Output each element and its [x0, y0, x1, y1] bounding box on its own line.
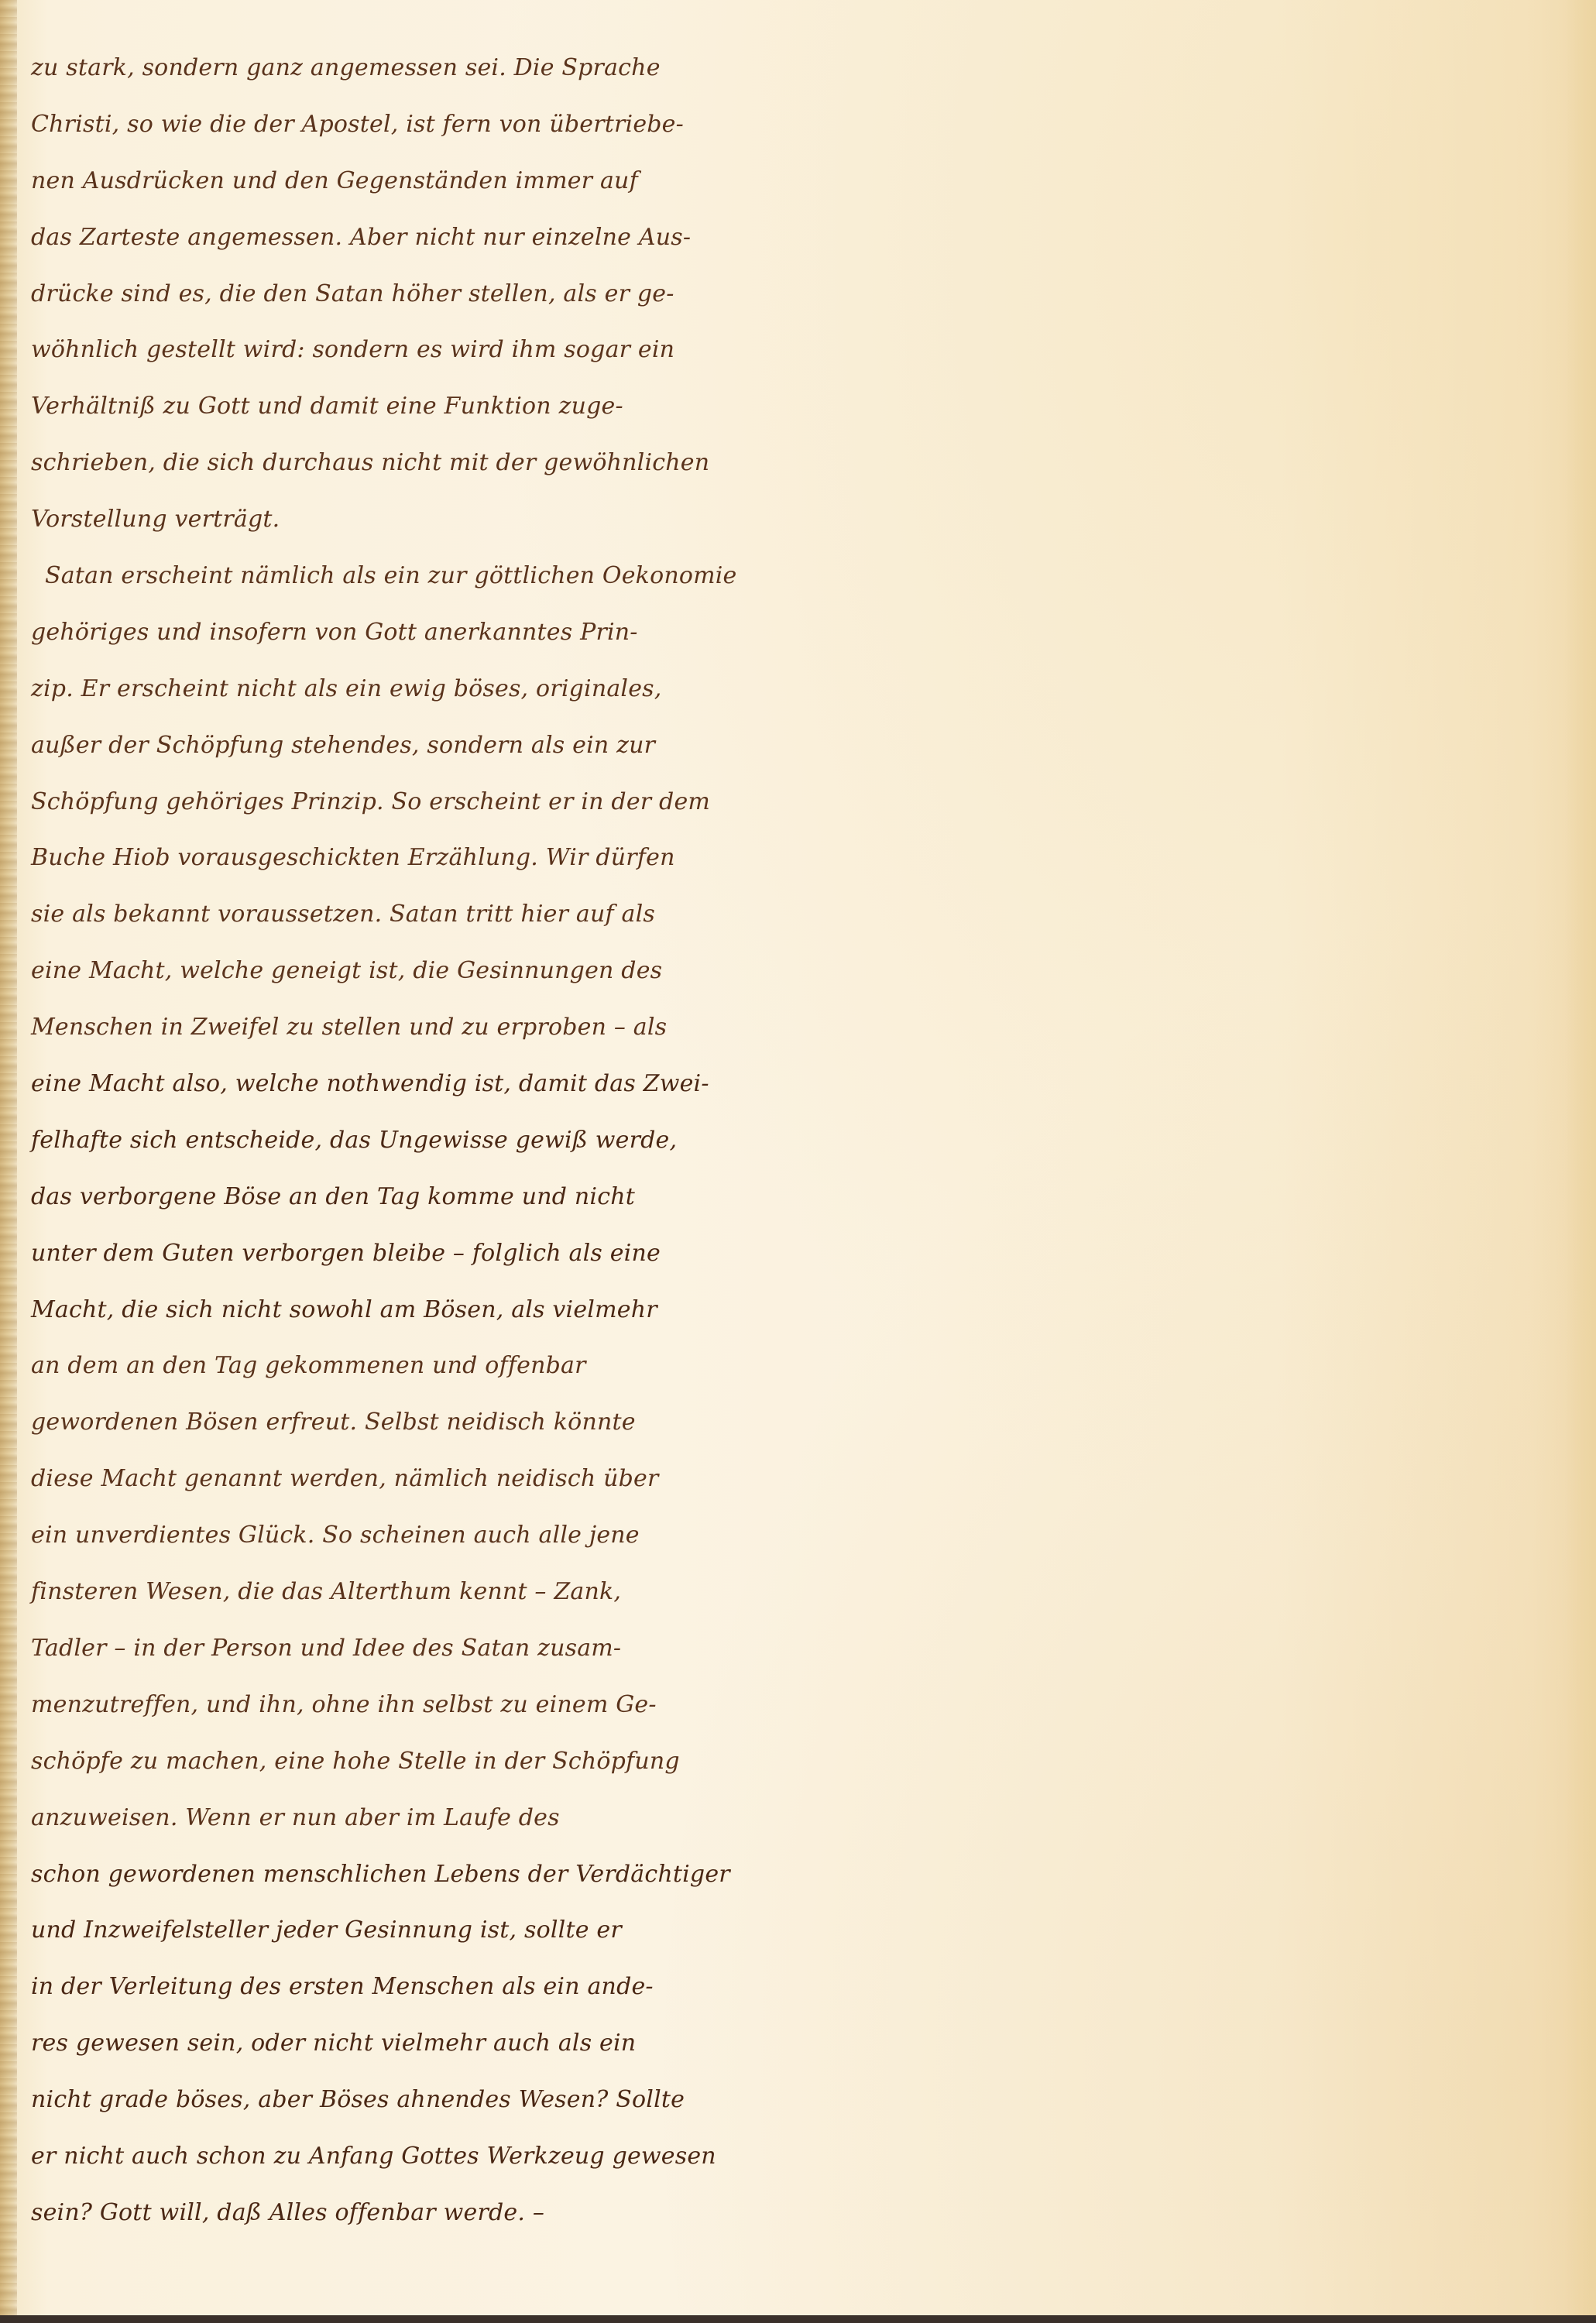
text-line: sie als bekannt voraussetzen. Satan trit… — [31, 887, 867, 943]
text-line: drücke sind es, die den Satan höher stel… — [31, 266, 867, 323]
text-line: Vorstellung verträgt. — [31, 492, 867, 548]
text-line: Verhältniß zu Gott und damit eine Funkti… — [31, 379, 867, 435]
text-line: eine Macht, welche geneigt ist, die Gesi… — [31, 943, 867, 1000]
page-stack-gutter — [0, 0, 17, 2315]
text-line: zu stark, sondern ganz angemessen sei. D… — [31, 40, 867, 97]
text-line: Tadler – in der Person und Idee des Sata… — [31, 1621, 867, 1677]
page-right-edge — [1565, 0, 1596, 2315]
text-line: wöhnlich gestellt wird: sondern es wird … — [31, 322, 867, 379]
text-line: nicht grade böses, aber Böses ahnendes W… — [31, 2072, 867, 2129]
paragraph-start-line: Satan erscheint nämlich als ein zur gött… — [31, 548, 867, 605]
text-line: er nicht auch schon zu Anfang Gottes Wer… — [31, 2129, 867, 2185]
text-line: gewordenen Bösen erfreut. Selbst neidisc… — [31, 1395, 867, 1451]
text-line: schon gewordenen menschlichen Lebens der… — [31, 1847, 867, 1903]
manuscript-page: zu stark, sondern ganz angemessen sei. D… — [0, 0, 1596, 2315]
text-line: Christi, so wie die der Apostel, ist fer… — [31, 97, 867, 153]
text-line: Menschen in Zweifel zu stellen und zu er… — [31, 1000, 867, 1056]
text-line: und Inzweifelsteller jeder Gesinnung ist… — [31, 1903, 867, 1959]
text-line: sein? Gott will, daß Alles offenbar werd… — [31, 2185, 867, 2242]
handwritten-text-block: zu stark, sondern ganz angemessen sei. D… — [31, 40, 867, 2242]
text-line: ein unverdientes Glück. So scheinen auch… — [31, 1508, 867, 1564]
text-line: nen Ausdrücken und den Gegenständen imme… — [31, 153, 867, 210]
text-line: in der Verleitung des ersten Menschen al… — [31, 1959, 867, 2016]
dark-backing-edge — [0, 2315, 1596, 2323]
text-line: unter dem Guten verborgen bleibe – folgl… — [31, 1226, 867, 1282]
text-line: anzuweisen. Wenn er nun aber im Laufe de… — [31, 1790, 867, 1847]
text-line: das verborgene Böse an den Tag komme und… — [31, 1169, 867, 1226]
text-line: eine Macht also, welche nothwendig ist, … — [31, 1056, 867, 1113]
text-line: schrieben, die sich durchaus nicht mit d… — [31, 435, 867, 492]
text-line: gehöriges und insofern von Gott anerkann… — [31, 605, 867, 661]
text-line: res gewesen sein, oder nicht vielmehr au… — [31, 2016, 867, 2072]
text-line: schöpfe zu machen, eine hohe Stelle in d… — [31, 1734, 867, 1790]
text-line: Buche Hiob vorausgeschickten Erzählung. … — [31, 830, 867, 887]
text-line: außer der Schöpfung stehendes, sondern a… — [31, 718, 867, 774]
text-line: diese Macht genannt werden, nämlich neid… — [31, 1451, 867, 1508]
text-line: an dem an den Tag gekommenen und offenba… — [31, 1338, 867, 1395]
text-line: menzutreffen, und ihn, ohne ihn selbst z… — [31, 1677, 867, 1734]
text-line: Macht, die sich nicht sowohl am Bösen, a… — [31, 1282, 867, 1339]
text-line: finsteren Wesen, die das Alterthum kennt… — [31, 1564, 867, 1621]
text-line: Schöpfung gehöriges Prinzip. So erschein… — [31, 774, 867, 831]
text-line: das Zarteste angemessen. Aber nicht nur … — [31, 210, 867, 266]
text-line: felhafte sich entscheide, das Ungewisse … — [31, 1113, 867, 1169]
text-line: zip. Er erscheint nicht als ein ewig bös… — [31, 661, 867, 718]
